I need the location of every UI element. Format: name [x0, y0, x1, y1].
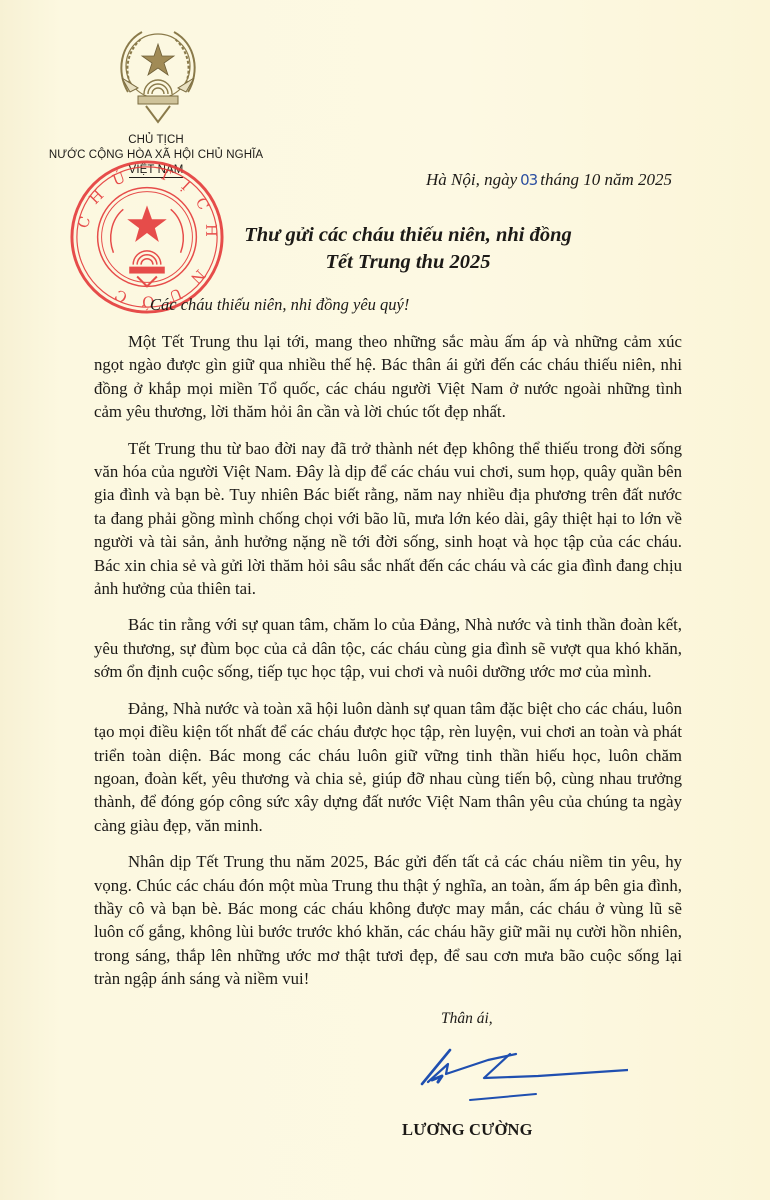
signer-name: LƯƠNG CƯỜNG	[402, 1120, 533, 1140]
title-line-2: Tết Trung thu 2025	[180, 249, 636, 276]
body-paragraph: Bác tin rằng với sự quan tâm, chăm lo củ…	[94, 613, 682, 683]
title-line-1: Thư gửi các cháu thiếu niên, nhi đồng	[180, 222, 636, 249]
closing-phrase: Thân ái,	[441, 1010, 493, 1028]
place-date-line: Hà Nội, ngày03tháng 10 năm 2025	[426, 170, 672, 190]
body-paragraph: Nhân dịp Tết Trung thu năm 2025, Bác gửi…	[94, 850, 682, 990]
body-paragraph: Tết Trung thu từ bao đời nay đã trở thàn…	[94, 437, 682, 601]
letter-body: Một Tết Trung thu lại tới, mang theo nhữ…	[94, 330, 682, 1004]
body-paragraph: Một Tết Trung thu lại tới, mang theo nhữ…	[94, 330, 682, 424]
date-day-handwritten: 03	[517, 171, 540, 189]
handwritten-signature-icon	[418, 1046, 628, 1106]
national-emblem-icon	[112, 22, 204, 128]
date-month-year: tháng 10 năm 2025	[540, 170, 672, 189]
letter-title: Thư gửi các cháu thiếu niên, nhi đồng Tế…	[180, 222, 636, 276]
salutation: Các cháu thiếu niên, nhi đồng yêu quý!	[150, 295, 409, 315]
body-paragraph: Đảng, Nhà nước và toàn xã hội luôn dành …	[94, 697, 682, 837]
date-prefix: Hà Nội, ngày	[426, 170, 517, 189]
letter-page: CHỦ TỊCH NƯỚC CỘNG HÒA XÃ HỘI CHỦ NGHĨA …	[0, 0, 770, 1200]
office-title: CHỦ TỊCH	[30, 133, 282, 148]
